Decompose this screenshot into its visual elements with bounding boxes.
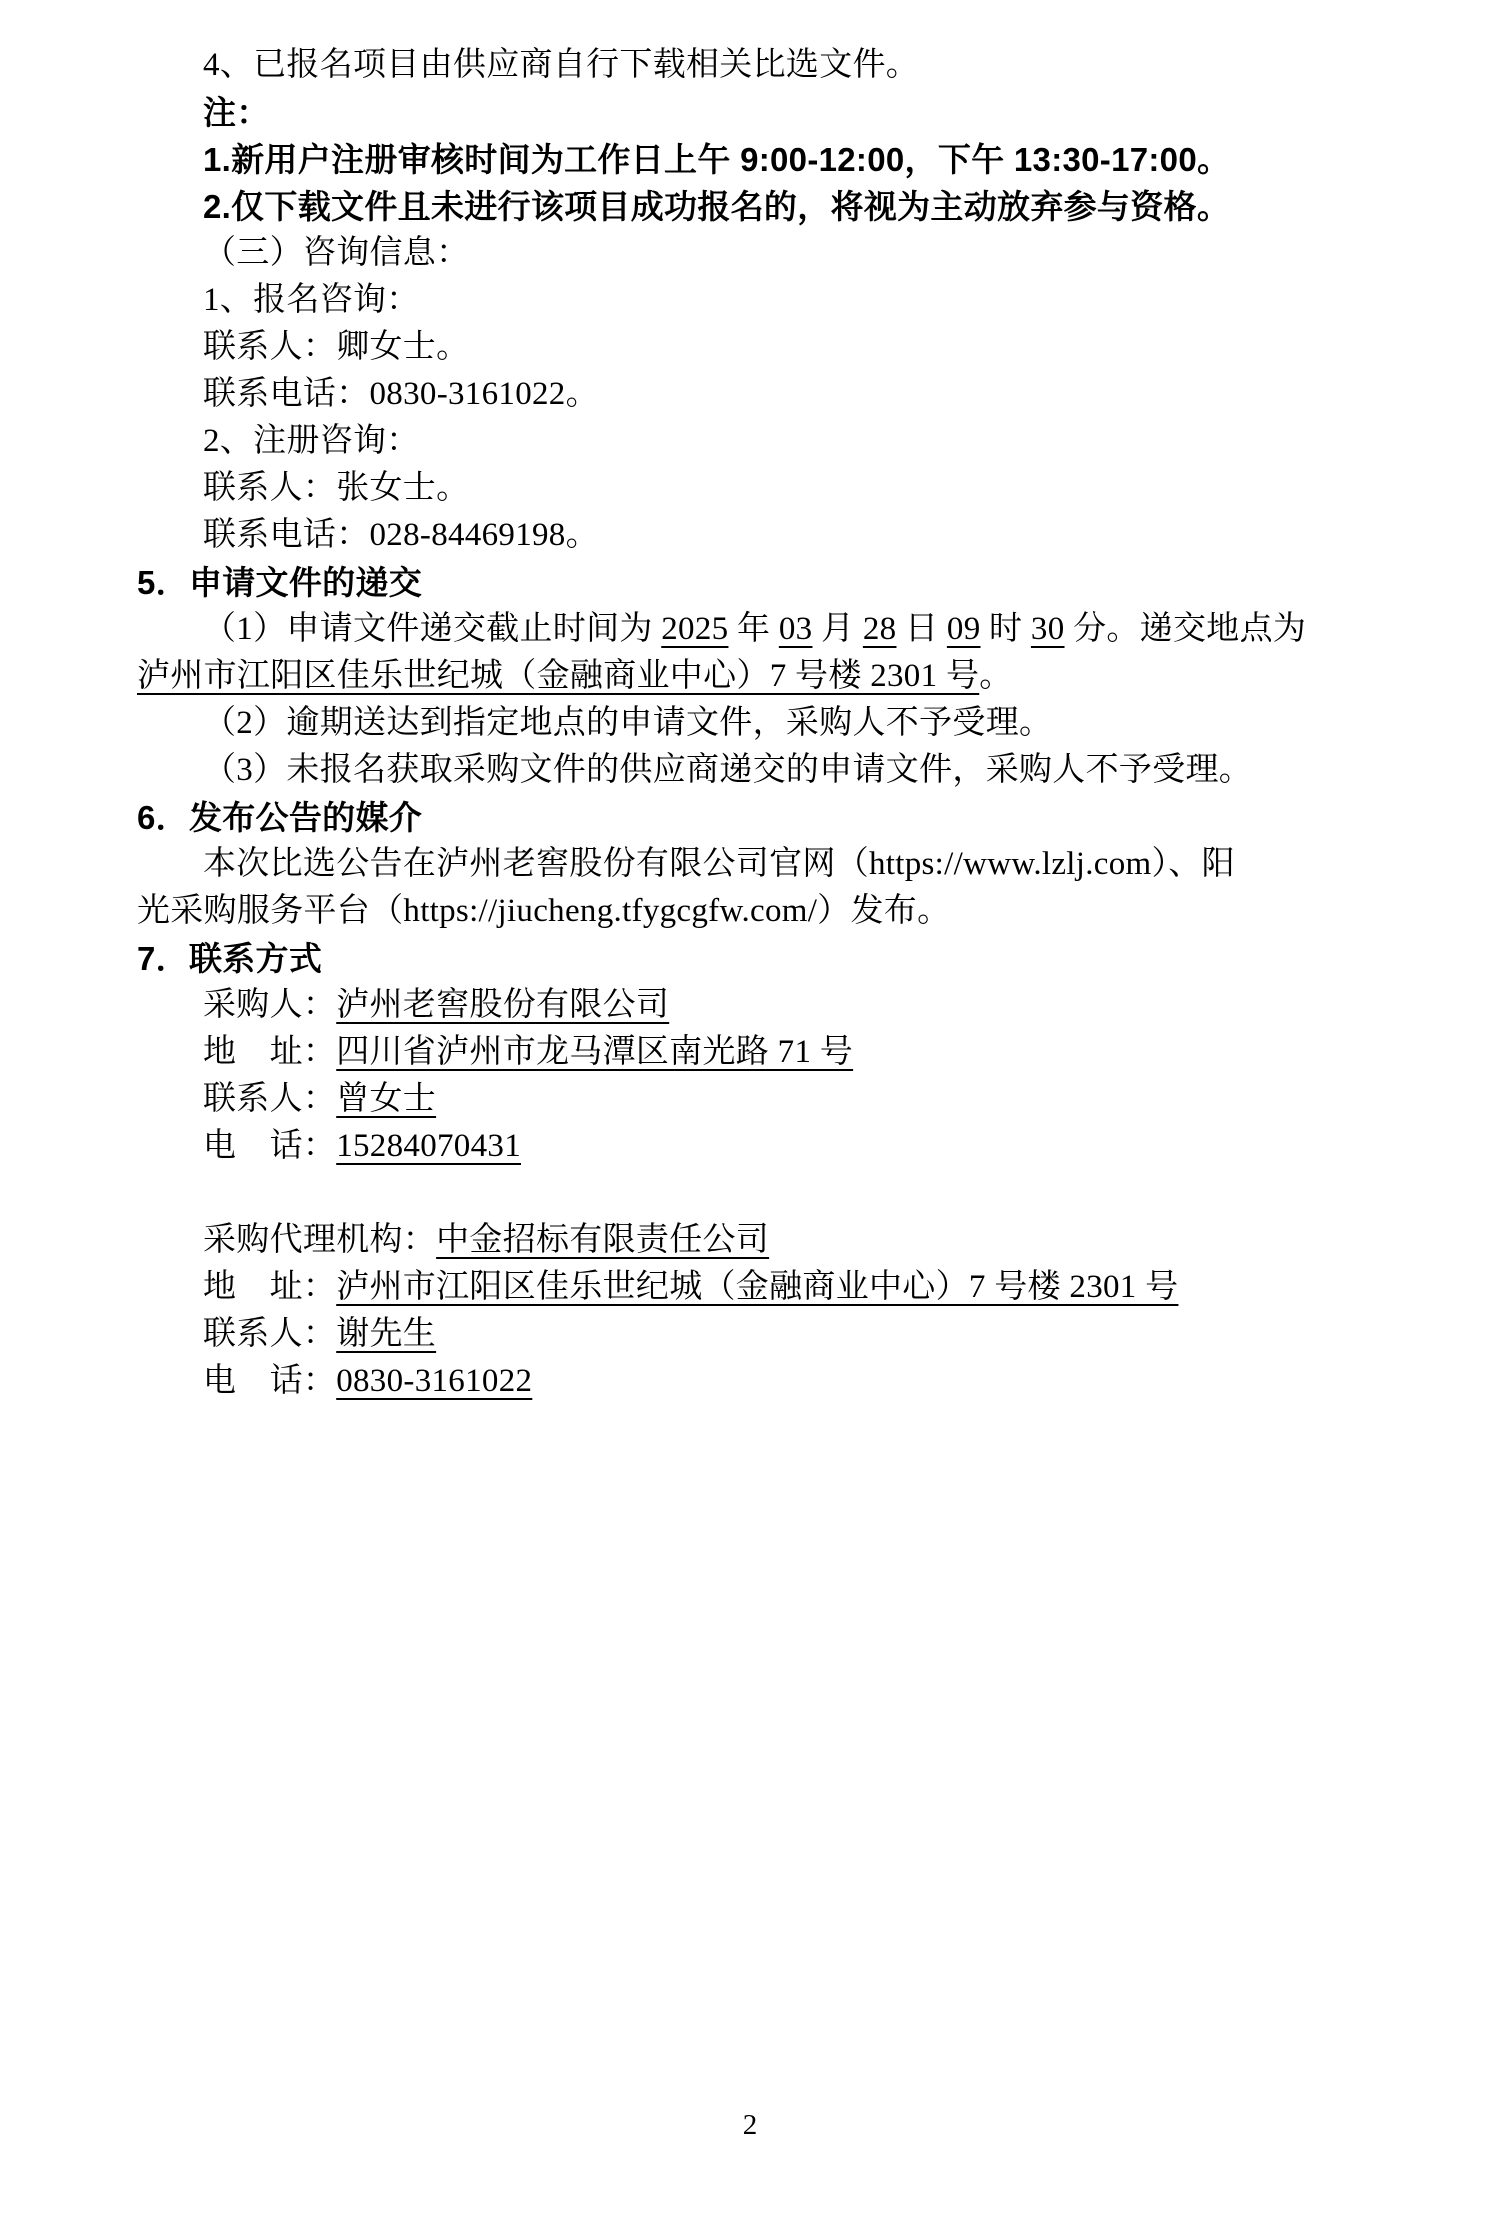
deadline-day: 28: [863, 611, 897, 647]
agency-phone-line: 电 话：0830-3161022: [137, 1358, 1369, 1405]
agency-contact-label: 联系人：: [203, 1316, 336, 1352]
note-item-2: 2.仅下载文件且未进行该项目成功报名的，将视为主动放弃参与资格。: [137, 183, 1369, 230]
agency-contact-value: 谢先生: [336, 1316, 436, 1352]
agency-address-label: 地 址：: [203, 1269, 336, 1305]
purchaser-contact-label: 联系人：: [203, 1081, 336, 1117]
submission-deadline-line: （1）申请文件递交截止时间为 2025 年 03 月 28 日 09 时 30 …: [137, 606, 1369, 653]
deadline-year-unit: 年: [728, 611, 778, 647]
agency-address-line: 地 址：泸州市江阳区佳乐世纪城（金融商业中心）7 号楼 2301 号: [137, 1264, 1369, 1311]
agency-name-value: 中金招标有限责任公司: [436, 1222, 769, 1258]
section-7-title: 7．联系方式: [137, 935, 1369, 982]
purchaser-address-value: 四川省泸州市龙马潭区南光路 71 号: [336, 1034, 853, 1070]
submission-place-period: 。: [979, 658, 1012, 694]
purchaser-address-label: 地 址：: [203, 1034, 336, 1070]
consult-info-heading: （三）咨询信息：: [137, 230, 1369, 277]
deadline-suffix: 。递交地点为: [1106, 611, 1306, 647]
consult-signup-contact: 联系人：卿女士。: [137, 324, 1369, 371]
section-5-item-3: （3）未报名获取采购文件的供应商递交的申请文件，采购人不予受理。: [137, 747, 1369, 794]
agency-phone-label: 电 话：: [203, 1363, 336, 1399]
purchaser-phone-line: 电 话：15284070431: [137, 1123, 1369, 1170]
purchaser-contact-value: 曾女士: [336, 1081, 436, 1117]
section-5-title: 5．申请文件的递交: [137, 559, 1369, 606]
deadline-prefix: （1）申请文件递交截止时间为: [203, 611, 661, 647]
section-5-item-2: （2）逾期送达到指定地点的申请文件，采购人不予受理。: [137, 700, 1369, 747]
agency-name-label: 采购代理机构：: [203, 1222, 436, 1258]
deadline-hour-unit: 时: [981, 611, 1031, 647]
purchaser-phone-label: 电 话：: [203, 1128, 336, 1164]
agency-name-line: 采购代理机构：中金招标有限责任公司: [137, 1217, 1369, 1264]
consult-register-contact: 联系人：张女士。: [137, 465, 1369, 512]
purchaser-name-value: 泸州老窖股份有限公司: [336, 987, 669, 1023]
section-6-title: 6．发布公告的媒介: [137, 794, 1369, 841]
deadline-month-unit: 月: [812, 611, 862, 647]
deadline-hour: 09: [947, 611, 981, 647]
agency-phone-value: 0830-3161022: [336, 1363, 532, 1399]
agency-contact-line: 联系人：谢先生: [137, 1311, 1369, 1358]
deadline-year: 2025: [661, 611, 728, 647]
submission-place-address: 泸州市江阳区佳乐世纪城（金融商业中心）7 号楼 2301 号: [137, 658, 979, 694]
consult-register-phone: 联系电话：028-84469198。: [137, 512, 1369, 559]
submission-place-line: 泸州市江阳区佳乐世纪城（金融商业中心）7 号楼 2301 号。: [137, 653, 1369, 700]
deadline-month: 03: [779, 611, 813, 647]
consult-signup-phone: 联系电话：0830-3161022。: [137, 371, 1369, 418]
consult-signup-title: 1、报名咨询：: [137, 277, 1369, 324]
consult-register-title: 2、注册咨询：: [137, 418, 1369, 465]
document-content: 4、已报名项目由供应商自行下载相关比选文件。 注： 1.新用户注册审核时间为工作…: [137, 42, 1369, 1405]
media-line-1: 本次比选公告在泸州老窖股份有限公司官网（https://www.lzlj.com…: [137, 841, 1369, 888]
purchaser-address-line: 地 址：四川省泸州市龙马潭区南光路 71 号: [137, 1029, 1369, 1076]
deadline-minute-unit: 分: [1065, 611, 1107, 647]
list-item-4: 4、已报名项目由供应商自行下载相关比选文件。: [137, 42, 1369, 89]
note-item-1: 1.新用户注册审核时间为工作日上午 9:00-12:00，下午 13:30-17…: [137, 136, 1369, 183]
media-line-2: 光采购服务平台（https://jiucheng.tfygcgfw.com/）发…: [137, 888, 1369, 935]
agency-address-value: 泸州市江阳区佳乐世纪城（金融商业中心）7 号楼 2301 号: [336, 1269, 1178, 1305]
note-label: 注：: [137, 89, 1369, 136]
document-page: 4、已报名项目由供应商自行下载相关比选文件。 注： 1.新用户注册审核时间为工作…: [0, 0, 1500, 2222]
purchaser-name-label: 采购人：: [203, 987, 336, 1023]
deadline-day-unit: 日: [896, 611, 946, 647]
deadline-minute: 30: [1031, 611, 1065, 647]
purchaser-phone-value: 15284070431: [336, 1128, 521, 1164]
purchaser-name-line: 采购人：泸州老窖股份有限公司: [137, 982, 1369, 1029]
page-number: 2: [0, 2107, 1500, 2143]
purchaser-contact-line: 联系人：曾女士: [137, 1076, 1369, 1123]
